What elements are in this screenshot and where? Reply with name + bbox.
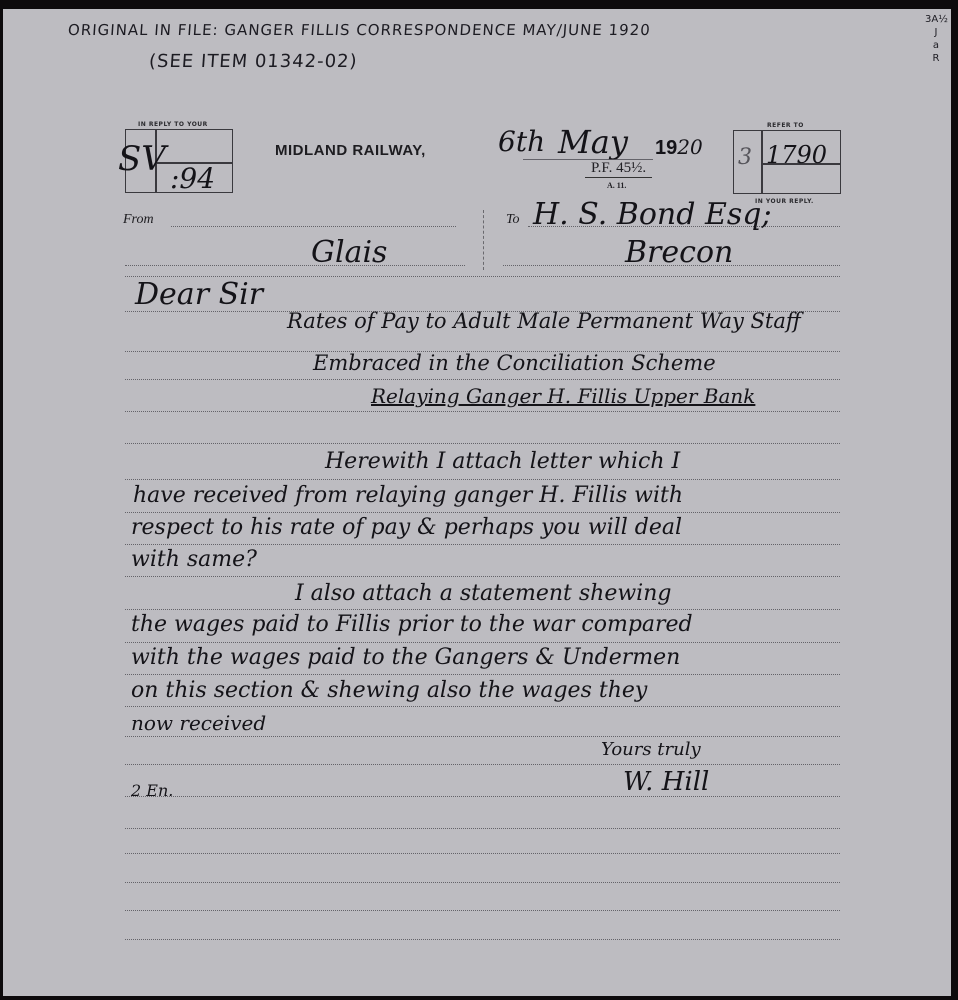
subject-line-1: Rates of Pay to Adult Male Permanent Way…: [287, 309, 801, 333]
body-line-3: respect to his rate of pay & perhaps you…: [131, 515, 682, 540]
recipient-name: H. S. Bond Esq;: [533, 197, 772, 232]
body-line-8: on this section & shewing also the wages…: [131, 678, 647, 703]
refer-ref-number: 1790: [766, 141, 827, 169]
subject-line-3: Relaying Ganger H. Fillis Upper Bank: [371, 384, 755, 408]
reply-reference-box: SV :94: [125, 129, 233, 193]
salutation: Dear Sir: [135, 277, 263, 312]
refer-box-label: REFER TO: [767, 122, 804, 129]
from-label: From: [123, 212, 154, 228]
form-code: P.F. 45½.: [585, 160, 652, 178]
letter-sheet: ORIGINAL IN FILE: GANGER FILLIS CORRESPO…: [3, 9, 951, 996]
archive-annotation-line2: (SEE ITEM 01342-02): [148, 51, 358, 72]
enclosure-note: 2 En.: [131, 781, 173, 800]
subject-line-2: Embraced in the Conciliation Scheme: [313, 351, 716, 375]
form-sub-code: A. 11.: [607, 181, 626, 190]
reply-ref-initials: SV: [118, 142, 166, 176]
body-line-9: now received: [131, 711, 266, 735]
body-line-5: I also attach a statement shewing: [295, 581, 671, 606]
refer-ref-prefix: 3: [738, 145, 752, 170]
closing: Yours truly: [601, 739, 701, 760]
body-line-7: with the wages paid to the Gangers & Und…: [131, 645, 680, 670]
body-line-1: Herewith I attach letter which I: [325, 449, 680, 474]
body-line-6: the wages paid to Fillis prior to the wa…: [131, 612, 693, 637]
reply-ref-number: :94: [170, 164, 215, 194]
date-year: 1920: [655, 135, 703, 160]
body-line-4: with same?: [131, 547, 257, 572]
refer-reference-box: 3 1790: [733, 130, 841, 194]
date-month: May: [558, 123, 628, 161]
margin-note: 3A½ J a R: [925, 13, 947, 65]
date-day: 6th: [498, 125, 545, 158]
archive-annotation-line1: ORIGINAL IN FILE: GANGER FILLIS CORRESPO…: [67, 21, 651, 39]
body-line-2: have received from relaying ganger H. Fi…: [133, 483, 683, 508]
reply-box-label: IN REPLY TO YOUR: [138, 121, 208, 128]
company-title: MIDLAND RAILWAY,: [275, 142, 426, 159]
signature: W. Hill: [623, 767, 709, 797]
to-label: To: [506, 212, 520, 228]
